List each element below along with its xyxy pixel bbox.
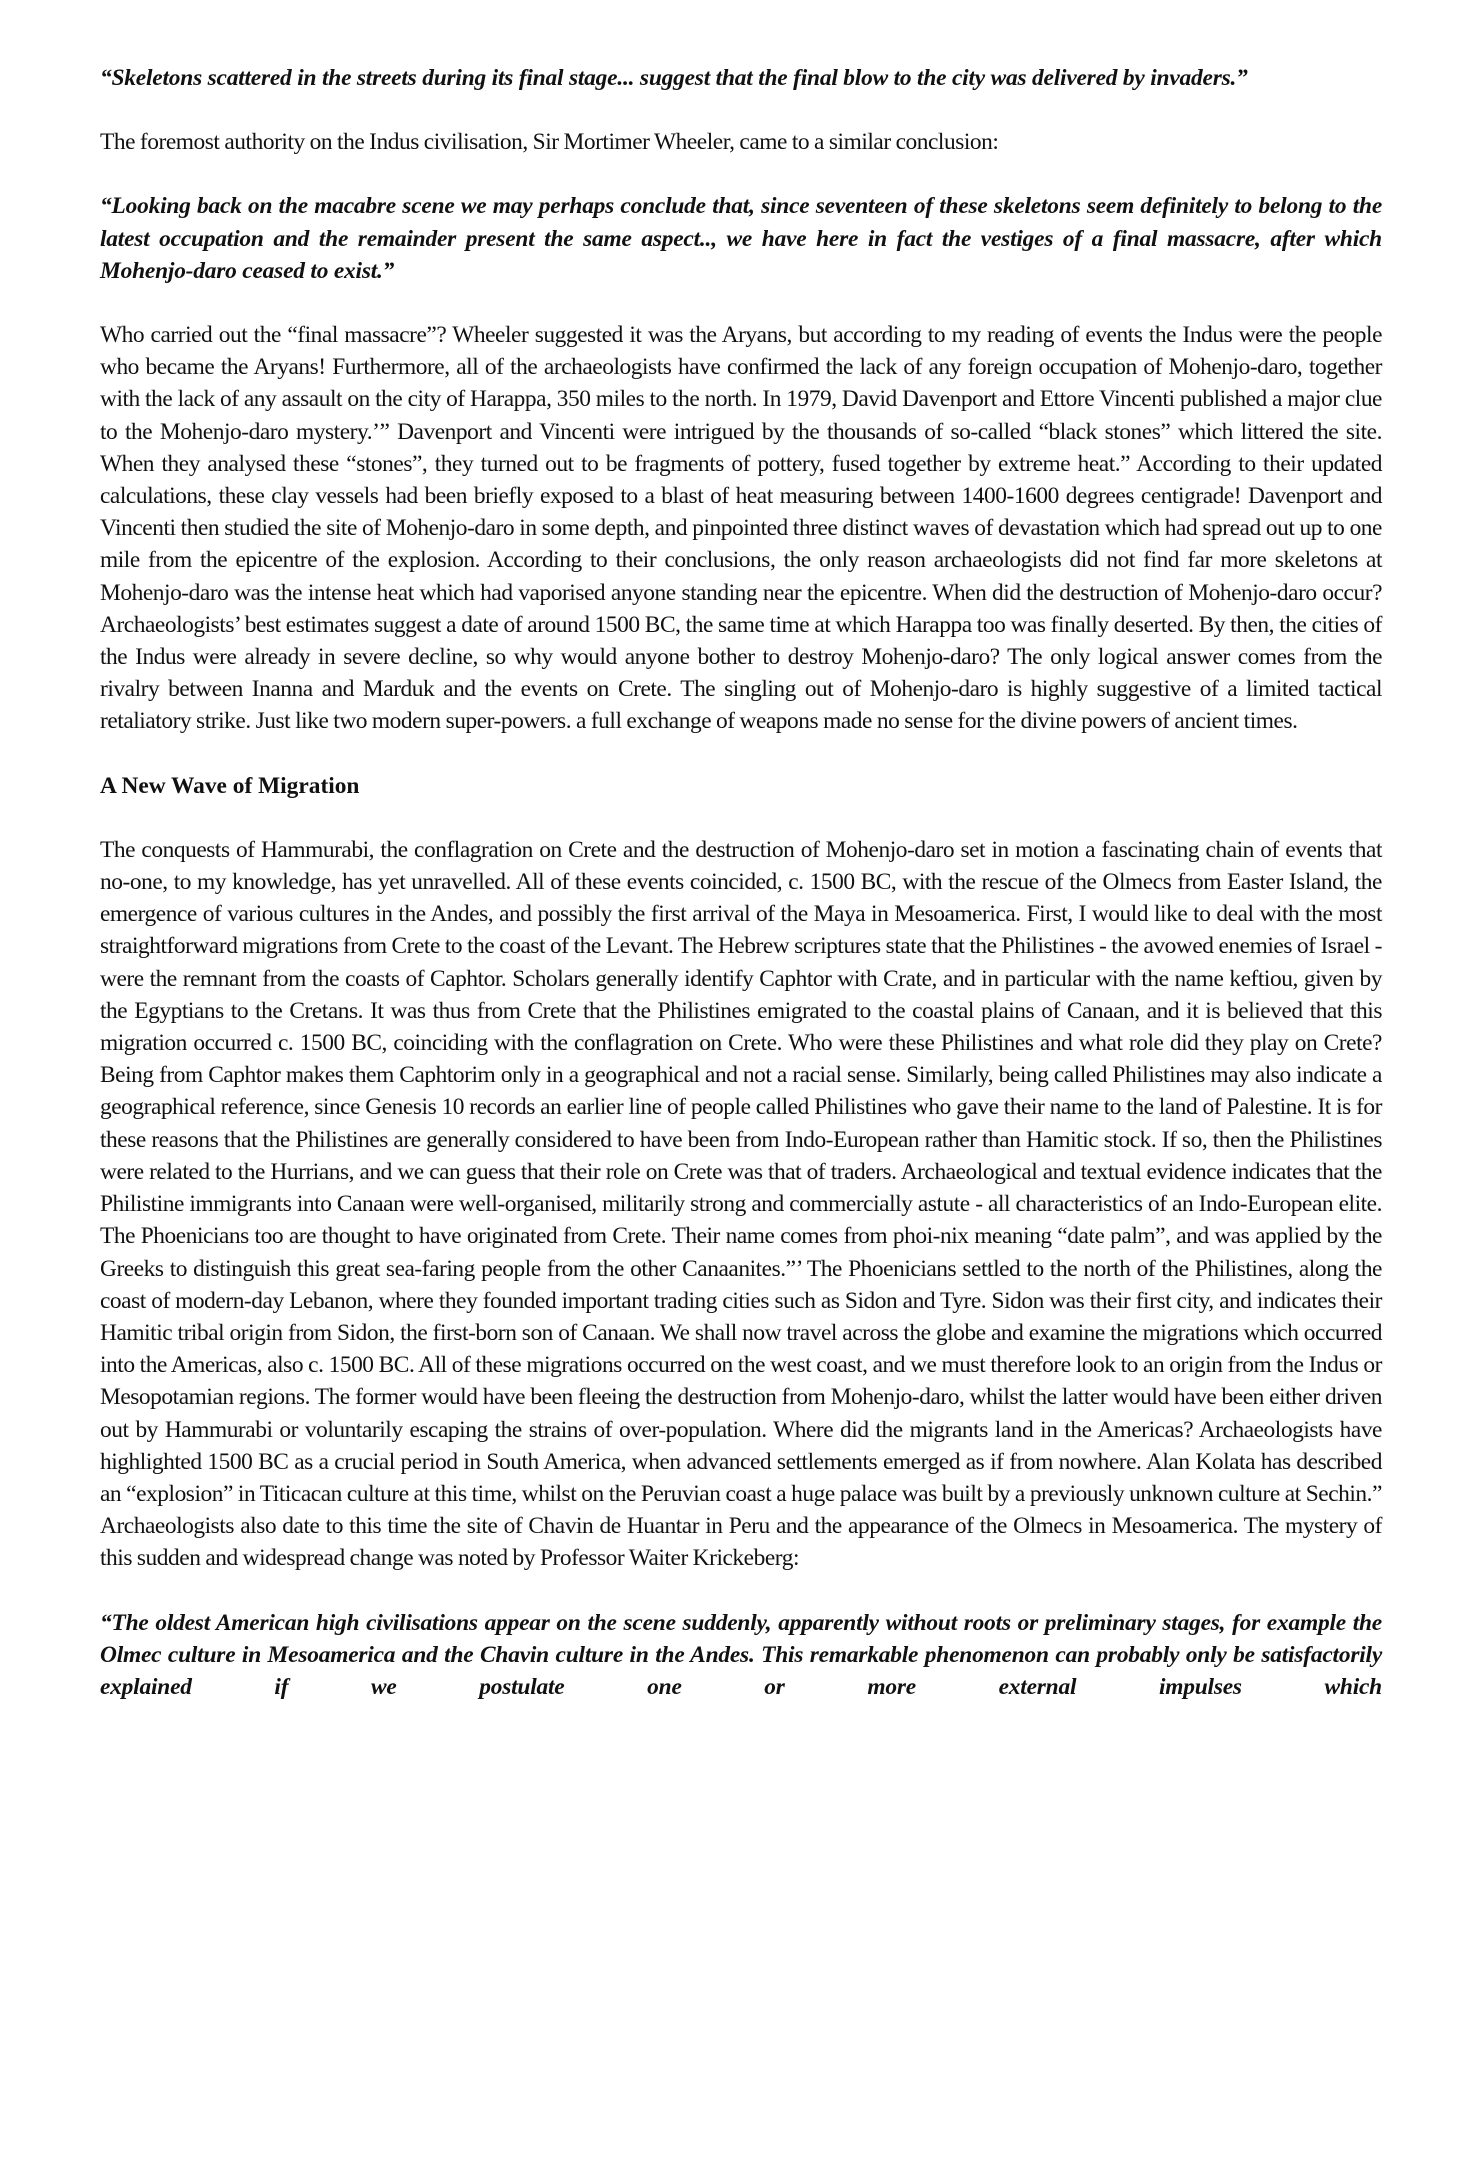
spacer	[100, 158, 1382, 190]
quote-wheeler: “Looking back on the macabre scene we ma…	[100, 190, 1382, 287]
spacer	[100, 738, 1382, 770]
section-heading: A New Wave of Migration	[100, 770, 1382, 802]
paragraph-wheeler-intro: The foremost authority on the Indus civi…	[100, 126, 1382, 158]
document-page: “Skeletons scattered in the streets duri…	[100, 62, 1382, 1703]
paragraph-migration: The conquests of Hammurabi, the conflagr…	[100, 834, 1382, 1575]
spacer	[100, 802, 1382, 834]
spacer	[100, 287, 1382, 319]
quote-krickeberg: “The oldest American high civilisations …	[100, 1607, 1382, 1704]
quote-skeletons: “Skeletons scattered in the streets duri…	[100, 62, 1382, 94]
spacer	[100, 1575, 1382, 1607]
paragraph-final-massacre: Who carried out the “final massacre”? Wh…	[100, 319, 1382, 738]
spacer	[100, 94, 1382, 126]
